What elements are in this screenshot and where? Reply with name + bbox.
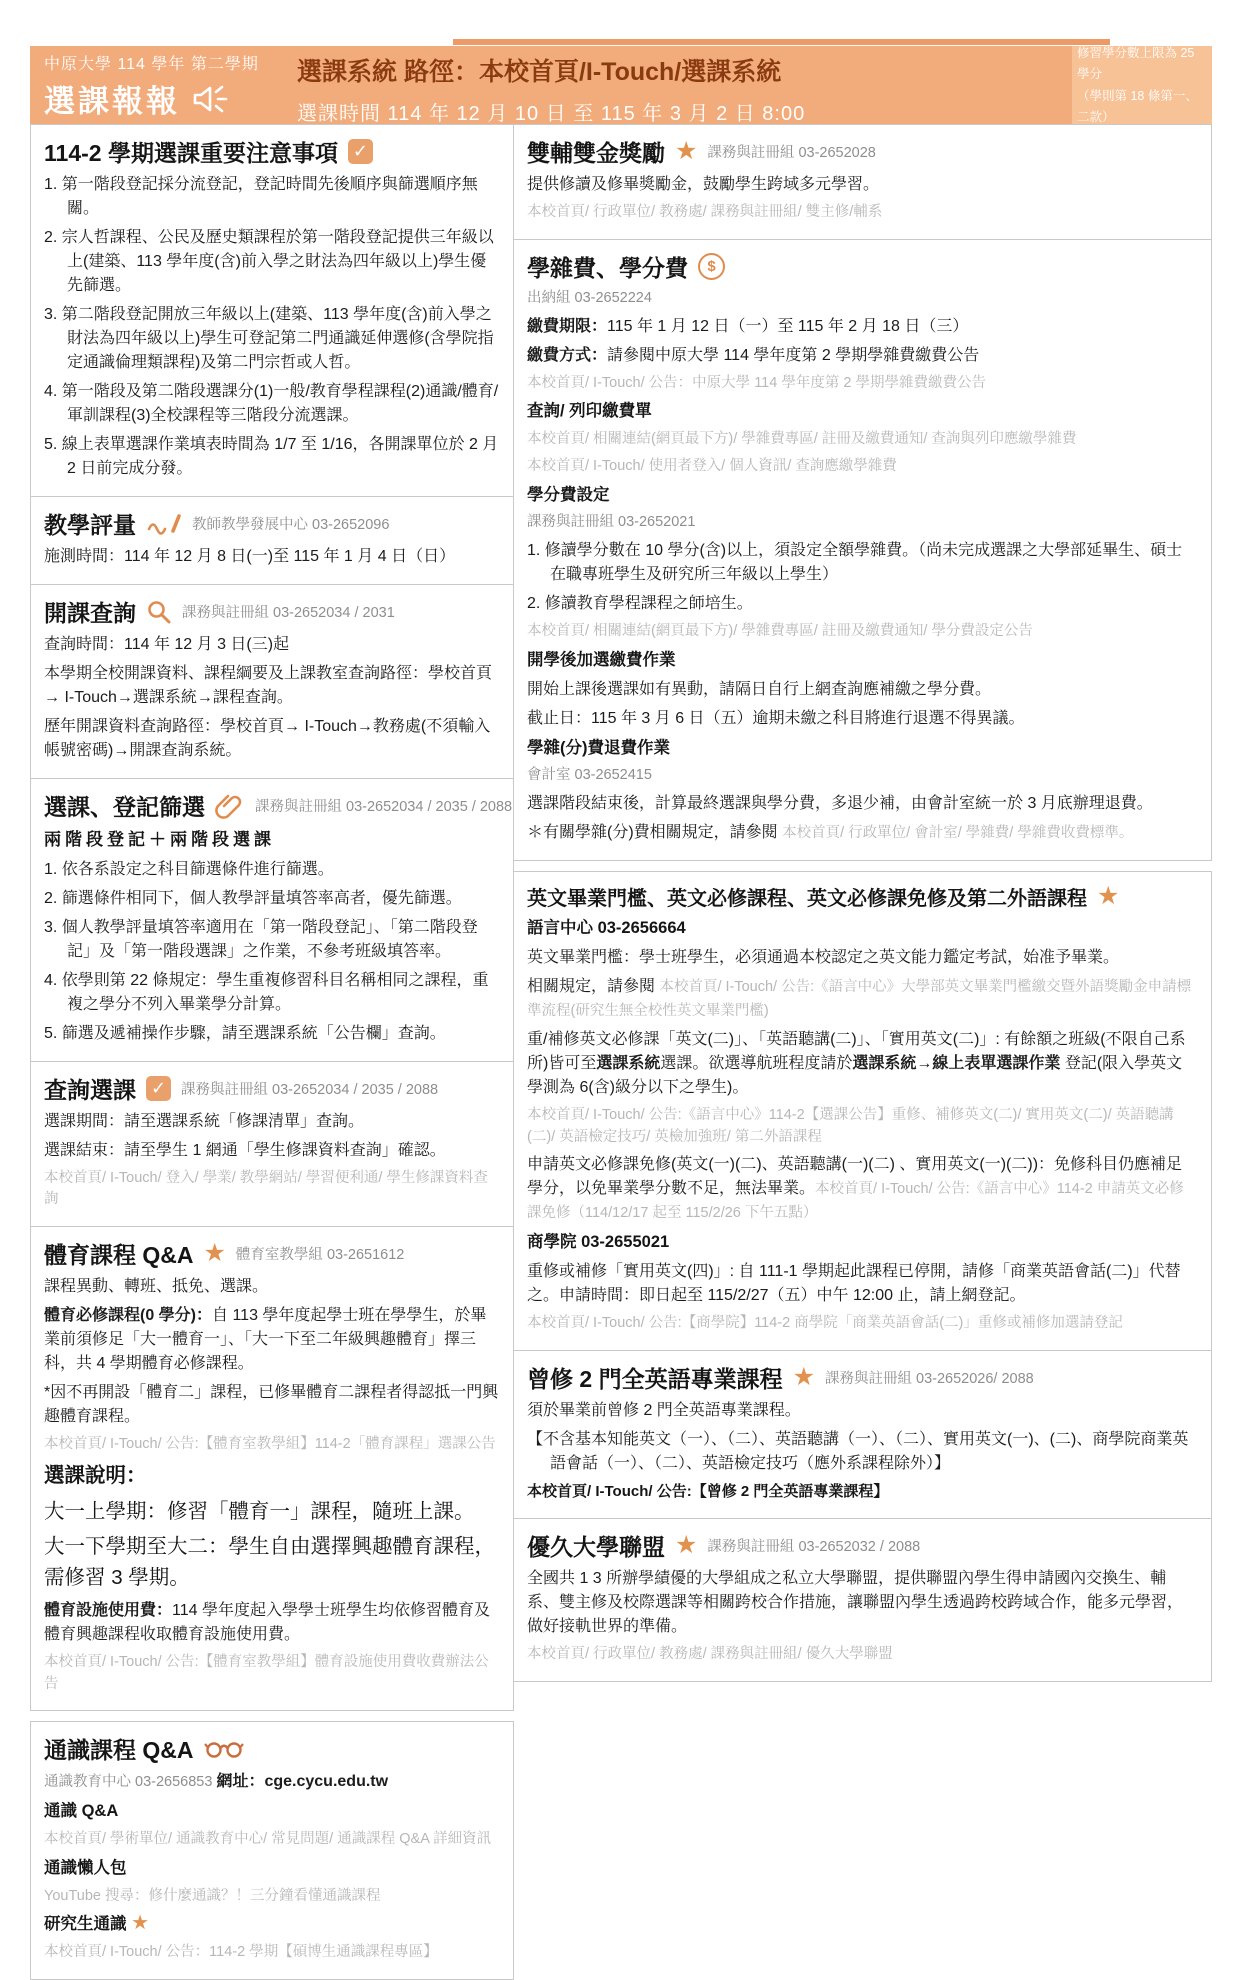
credit-limit-box: 修習學分數上限為 25 學分 （學則第 18 條第一、二款） (1072, 46, 1212, 125)
two-english-courses-title: 曾修 2 門全英語專業課程 (527, 1361, 783, 1394)
course-query-line-3: 歷年開課資料查詢路徑：學校首頁→ I-Touch→教務處(不須輸入帳號密碼)→開… (44, 715, 500, 763)
star-icon: ★ (675, 139, 697, 164)
checkbox-icon: ✓ (146, 1076, 171, 1101)
teaching-evaluation-title-row: 教學評量 教師教學發展中心 03-2652096 (44, 507, 500, 540)
registration-screening-line-1: 兩階段登記＋兩階段選課 (44, 827, 500, 853)
english-graduation-threshold-line-8: 重修或補修「實用英文(四)」: 自 111-1 學期起此課程已停開，請修「商業英… (527, 1260, 1198, 1308)
pe-course-qa-line-2: 體育必修課程(0 學分)：自 113 學年度起學士班在學學生，於畢業前須修足「大… (44, 1304, 500, 1376)
magnifier-icon (146, 599, 172, 625)
important-notes-line-4: 4. 第一階段及第二階段選課分(1)一般/教育學程課程(2)通識/體育/軍訓課程… (44, 380, 500, 428)
section-double-major-reward: 雙輔雙金獎勵 ★課務與註冊組 03-2652028 提供修讀及修畢獎勵金，鼓勵學… (513, 124, 1212, 240)
tuition-credit-fees-line-4: 本校首頁/ I-Touch/ 公告：中原大學 114 學年度第 2 學期學雜費繳… (527, 373, 1198, 395)
u9-alliance-contact: 課務與註冊組 03-2652032 / 2088 (707, 1535, 920, 1556)
left-column: 114-2 學期選課重要注意事項 ✓ 1. 第一階段登記採分流登記，登記時間先後… (30, 125, 514, 1980)
tuition-credit-fees-line-14: 開始上課後選課如有異動，請隔日自行上網查詢應補繳之學分費。 (527, 678, 1198, 702)
tuition-credit-fees-line-16: 學雜(分)費退費作業 (527, 736, 1198, 761)
ge-course-qa-line-7: 本校首頁/ I-Touch/ 公告：114-2 學期【碩博生通識課程專區】 (44, 1942, 500, 1964)
teaching-evaluation-title: 教學評量 (44, 507, 136, 540)
star-icon: ★ (131, 1912, 149, 1934)
tuition-credit-fees-line-8: 學分費設定 (527, 483, 1198, 508)
course-query-line-2: 本學期全校開課資料、課程綱要及上課教室查詢路徑：學校首頁→ I-Touch→選課… (44, 662, 500, 710)
registration-screening-line-2: 1. 依各系設定之科目篩選條件進行篩選。 (44, 858, 500, 882)
tuition-credit-fees-line-10: 1. 修讀學分數在 10 學分(含)以上，須設定全額學雜費。（尚未完成選課之大學… (527, 539, 1198, 587)
two-english-courses-line-2: 【不含基本知能英文（一）、（二）、英語聽講（一）、（二）、實用英文(一)、(二)… (527, 1428, 1198, 1476)
ge-course-qa-line-4: 通識懶人包 (44, 1856, 500, 1881)
registration-screening-title: 選課、登記篩選 (44, 789, 205, 822)
query-enrollment-contact: 課務與註冊組 03-2652034 / 2035 / 2088 (181, 1078, 438, 1099)
query-enrollment-title-row: 查詢選課 ✓課務與註冊組 03-2652034 / 2035 / 2088 (44, 1072, 500, 1105)
english-graduation-threshold-line-9: 本校首頁/ I-Touch/ 公告:【商學院】114-2 商學院「商業英語會話(… (527, 1313, 1198, 1335)
course-query-contact: 課務與註冊組 03-2652034 / 2031 (182, 601, 395, 622)
tuition-credit-fees-line-7: 本校首頁/ I-Touch/ 使用者登入/ 個人資訊/ 查詢應繳學雜費 (527, 456, 1198, 478)
header-banner: 中原大學 114 學年 第二學期 選課報報 選課系統 路徑：本校首頁/I-Tou… (30, 46, 1212, 125)
credit-limit-line2: （學則第 18 條第一、二款） (1077, 86, 1207, 129)
section-registration-screening: 選課、登記篩選 課務與註冊組 03-2652034 / 2035 / 2088 … (30, 778, 514, 1062)
tuition-credit-fees-line-12: 本校首頁/ 相關連結(網頁最下方)/ 學雜費專區/ 註冊及繳費通知/ 學分費設定… (527, 621, 1198, 643)
pe-course-qa-line-4: 本校首頁/ I-Touch/ 公告:【體育室教學組】114-2「體育課程」選課公… (44, 1434, 500, 1456)
dollar-coin-icon: $ (698, 253, 725, 280)
ge-course-qa-line-1: 通識教育中心 03-2656853 網址：cge.cycu.edu.tw (44, 1770, 500, 1794)
ge-course-qa-line-5: YouTube 搜尋：修什麼通識？！三分鐘看懂通識課程 (44, 1886, 500, 1908)
pe-course-qa-line-3: *因不再開設「體育二」課程，已修畢體育二課程者得認抵一門興趣體育課程。 (44, 1381, 500, 1429)
pe-course-qa-line-6: 大一上學期：修習「體育一」課程，隨班上課。 (44, 1497, 500, 1528)
double-major-reward-contact: 課務與註冊組 03-2652028 (707, 141, 875, 162)
ge-course-qa-line-3: 本校首頁/ 學術單位/ 通識教育中心/ 常見問題/ 通識課程 Q&A 詳細資訊 (44, 1829, 500, 1851)
query-enrollment-line-2: 選課結束：請至學生 1 網通「學生修課資料查詢」確認。 (44, 1139, 500, 1163)
school-term: 中原大學 114 學年 第二學期 (44, 51, 259, 74)
ge-course-qa-line-2: 通識 Q&A (44, 1799, 500, 1824)
double-major-reward-title-row: 雙輔雙金獎勵 ★課務與註冊組 03-2652028 (527, 135, 1198, 168)
important-notes-line-2: 2. 宗人哲課程、公民及歷史類課程於第一階段登記提供三年級以上(建築、113 學… (44, 226, 500, 298)
star-icon: ★ (793, 1365, 815, 1390)
registration-screening-line-5: 4. 依學則第 22 條規定：學生重複修習科目名稱相同之課程，重複之學分不列入畢… (44, 969, 500, 1017)
section-query-enrollment: 查詢選課 ✓課務與註冊組 03-2652034 / 2035 / 2088 選課… (30, 1061, 514, 1228)
section-english-graduation-threshold: 英文畢業門檻、英文必修課程、英文必修課免修及第二外語課程 ★ 語言中心 03-2… (513, 871, 1212, 1351)
two-english-courses-line-3: 本校首頁/ I-Touch/ 公告:【曾修 2 門全英語專業課程】 (527, 1481, 1198, 1504)
tuition-credit-fees-title: 學雜費、學分費 (527, 250, 688, 283)
teaching-evaluation-line-1: 施測時間：114 年 12 月 8 日(一)至 115 年 1 月 4 日（日） (44, 545, 500, 569)
ge-course-qa-line-6: 研究生通識 ★ (44, 1912, 500, 1937)
header-left: 中原大學 114 學年 第二學期 選課報報 (44, 51, 259, 121)
tuition-credit-fees-line-15: 截止日：115 年 3 月 6 日（五）逾期未繳之科目將進行退選不得異議。 (527, 707, 1198, 731)
important-notes-line-5: 5. 線上表單選課作業填表時間為 1/7 至 1/16，各開課單位於 2 月 2… (44, 433, 500, 481)
pen-squiggle-icon (146, 513, 182, 535)
two-english-courses-title-row: 曾修 2 門全英語專業課程 ★課務與註冊組 03-2652026/ 2088 (527, 1361, 1198, 1394)
english-graduation-threshold-line-6: 申請英文必修課免修(英文(一)(二)、英語聽講(一)(二) 、實用英文(一)(二… (527, 1153, 1198, 1225)
english-graduation-threshold-line-7: 商學院 03-2655021 (527, 1230, 1198, 1255)
tuition-credit-fees-line-6: 本校首頁/ 相關連結(網頁最下方)/ 學雜費專區/ 註冊及繳費通知/ 查詢與列印… (527, 429, 1198, 451)
english-graduation-threshold-line-1: 語言中心 03-2656664 (527, 916, 1198, 941)
double-major-reward-line-2: 本校首頁/ 行政單位/ 教務處/ 課務與註冊組/ 雙主修/輔系 (527, 202, 1198, 224)
pe-course-qa-line-1: 課程異動、轉班、抵免、選課。 (44, 1275, 500, 1299)
section-two-english-courses: 曾修 2 門全英語專業課程 ★課務與註冊組 03-2652026/ 2088 須… (513, 1350, 1212, 1520)
tuition-credit-fees-title-row: 學雜費、學分費 $ (527, 250, 1198, 283)
english-graduation-threshold-line-5: 本校首頁/ I-Touch/ 公告:《語言中心》114-2【選課公告】重修、補修… (527, 1105, 1198, 1149)
pe-course-qa-line-5: 選課說明： (44, 1461, 500, 1492)
important-notes-title-row: 114-2 學期選課重要注意事項 ✓ (44, 135, 500, 168)
right-column: 雙輔雙金獎勵 ★課務與註冊組 03-2652028 提供修讀及修畢獎勵金，鼓勵學… (513, 125, 1212, 1682)
u9-alliance-line-2: 本校首頁/ 行政單位/ 教務處/ 課務與註冊組/ 優久大學聯盟 (527, 1644, 1198, 1666)
tuition-credit-fees-line-18: 選課階段結束後，計算最終選課與學分費，多退少補，由會計室統一於 3 月底辦理退費… (527, 792, 1198, 816)
registration-screening-line-4: 3. 個人教學評量填答率適用在「第一階段登記」、「第二階段登記」及「第一階段選課… (44, 916, 500, 964)
megaphone-icon (190, 83, 230, 115)
tuition-credit-fees-line-13: 開學後加選繳費作業 (527, 648, 1198, 673)
checkbox-icon: ✓ (348, 139, 373, 164)
english-graduation-threshold-title-row: 英文畢業門檻、英文必修課程、英文必修課免修及第二外語課程 ★ (527, 882, 1198, 911)
section-course-query: 開課查詢 課務與註冊組 03-2652034 / 2031 查詢時間：114 年… (30, 584, 514, 779)
registration-screening-line-6: 5. 篩選及遞補操作步驟，請至選課系統「公告欄」查詢。 (44, 1022, 500, 1046)
u9-alliance-title: 優久大學聯盟 (527, 1529, 665, 1562)
section-ge-course-qa: 通識課程 Q&A 通識教育中心 03-2656853 網址：cge.cycu.e… (30, 1721, 514, 1980)
query-enrollment-line-1: 選課期間：請至選課系統「修課清單」查詢。 (44, 1110, 500, 1134)
glasses-icon (204, 1738, 246, 1760)
pe-course-qa-title: 體育課程 Q&A (44, 1237, 194, 1270)
course-query-title-row: 開課查詢 課務與註冊組 03-2652034 / 2031 (44, 595, 500, 628)
registration-screening-title-row: 選課、登記篩選 課務與註冊組 03-2652034 / 2035 / 2088 (44, 789, 500, 822)
section-pe-course-qa: 體育課程 Q&A ★體育室教學組 03-2651612 課程異動、轉班、抵免、選… (30, 1226, 514, 1711)
tuition-credit-fees-line-17: 會計室 03-2652415 (527, 765, 1198, 787)
paperclip-icon (215, 792, 245, 819)
double-major-reward-line-1: 提供修讀及修畢獎勵金，鼓勵學生跨域多元學習。 (527, 173, 1198, 197)
ge-course-qa-title: 通識課程 Q&A (44, 1732, 194, 1765)
tuition-credit-fees-line-2: 繳費期限：115 年 1 月 12 日（一）至 115 年 2 月 18 日（三… (527, 315, 1198, 339)
u9-alliance-title-row: 優久大學聯盟 ★課務與註冊組 03-2652032 / 2088 (527, 1529, 1198, 1562)
pe-course-qa-line-7: 大一下學期至大二：學生自由選擇興趣體育課程，需修習 3 學期。 (44, 1532, 500, 1594)
pe-course-qa-title-row: 體育課程 Q&A ★體育室教學組 03-2651612 (44, 1237, 500, 1270)
tuition-credit-fees-line-5: 查詢/ 列印繳費單 (527, 399, 1198, 424)
tuition-credit-fees-line-3: 繳費方式：請參閱中原大學 114 學年度第 2 學期學雜費繳費公告 (527, 344, 1198, 368)
pe-course-qa-contact: 體育室教學組 03-2651612 (236, 1243, 404, 1264)
english-graduation-threshold-line-4: 重/補修英文必修課「英文(二)」、「英語聽講(二)」、「實用英文(二)」: 有餘… (527, 1028, 1198, 1100)
important-notes-line-3: 3. 第二階段登記開放三年級以上(建築、113 學年度(含)前入學之財法為四年級… (44, 303, 500, 375)
ge-course-qa-title-row: 通識課程 Q&A (44, 1732, 500, 1765)
important-notes-title: 114-2 學期選課重要注意事項 (44, 135, 338, 168)
page-title: 選課報報 (44, 76, 180, 121)
english-graduation-threshold-line-2: 英文畢業門檻：學士班學生，必須通過本校認定之英文能力鑑定考試，始准予畢業。 (527, 946, 1198, 970)
tuition-credit-fees-line-9: 課務與註冊組 03-2652021 (527, 512, 1198, 534)
section-u9-alliance: 優久大學聯盟 ★課務與註冊組 03-2652032 / 2088 全國共 1 3… (513, 1518, 1212, 1682)
system-path: 選課系統 路徑：本校首頁/I-Touch/選課系統 (297, 52, 805, 88)
u9-alliance-line-1: 全國共 1 3 所辦學績優的大學組成之私立大學聯盟，提供聯盟內學生得申請國內交換… (527, 1567, 1198, 1639)
pe-course-qa-line-9: 本校首頁/ I-Touch/ 公告:【體育室教學組】體育設施使用費收費辦法公告 (44, 1652, 500, 1696)
selection-time: 選課時間 114 年 12 月 10 日 至 115 年 3 月 2 日 8:0… (297, 97, 805, 126)
star-icon: ★ (675, 1533, 697, 1558)
star-icon: ★ (1097, 884, 1119, 909)
double-major-reward-title: 雙輔雙金獎勵 (527, 135, 665, 168)
section-teaching-evaluation: 教學評量 教師教學發展中心 03-2652096 施測時間：114 年 12 月… (30, 496, 514, 585)
registration-screening-contact: 課務與註冊組 03-2652034 / 2035 / 2088 (255, 795, 512, 816)
header-middle: 選課系統 路徑：本校首頁/I-Touch/選課系統 選課時間 114 年 12 … (297, 52, 805, 126)
two-english-courses-contact: 課務與註冊組 03-2652026/ 2088 (825, 1367, 1034, 1388)
english-graduation-threshold-line-3: 相關規定，請參閱 本校首頁/ I-Touch/ 公告:《語言中心》大學部英文畢業… (527, 975, 1198, 1023)
section-tuition-credit-fees: 學雜費、學分費 $ 出納組 03-2652224繳費期限：115 年 1 月 1… (513, 239, 1212, 861)
query-enrollment-title: 查詢選課 (44, 1072, 136, 1105)
two-english-courses-line-1: 須於畢業前曾修 2 門全英語專業課程。 (527, 1399, 1198, 1423)
tuition-credit-fees-line-1: 出納組 03-2652224 (527, 288, 1198, 310)
pe-course-qa-line-8: 體育設施使用費：114 學年度起入學學士班學生均依修習體育及體育興趣課程收取體育… (44, 1599, 500, 1647)
course-query-line-1: 查詢時間：114 年 12 月 3 日(三)起 (44, 633, 500, 657)
important-notes-line-1: 1. 第一階段登記採分流登記，登記時間先後順序與篩選順序無關。 (44, 173, 500, 221)
tuition-credit-fees-line-11: 2. 修讀教育學程課程之師培生。 (527, 592, 1198, 616)
tuition-credit-fees-line-19: ＊有關學雜(分)費相關規定，請參閱 本校首頁/ 行政單位/ 會計室/ 學雜費/ … (527, 821, 1198, 845)
star-icon: ★ (204, 1241, 226, 1266)
query-enrollment-line-3: 本校首頁/ I-Touch/ 登入/ 學業/ 教學網站/ 學習便利通/ 學生修課… (44, 1168, 500, 1212)
section-important-notes: 114-2 學期選課重要注意事項 ✓ 1. 第一階段登記採分流登記，登記時間先後… (30, 124, 514, 497)
course-query-title: 開課查詢 (44, 595, 136, 628)
content-columns: 114-2 學期選課重要注意事項 ✓ 1. 第一階段登記採分流登記，登記時間先後… (30, 125, 1212, 1980)
teaching-evaluation-contact: 教師教學發展中心 03-2652096 (192, 513, 389, 534)
top-accent-strip (453, 39, 1110, 45)
registration-screening-line-3: 2. 篩選條件相同下，個人教學評量填答率高者，優先篩選。 (44, 887, 500, 911)
credit-limit-line1: 修習學分數上限為 25 學分 (1077, 43, 1207, 86)
english-graduation-threshold-title: 英文畢業門檻、英文必修課程、英文必修課免修及第二外語課程 (527, 882, 1087, 911)
